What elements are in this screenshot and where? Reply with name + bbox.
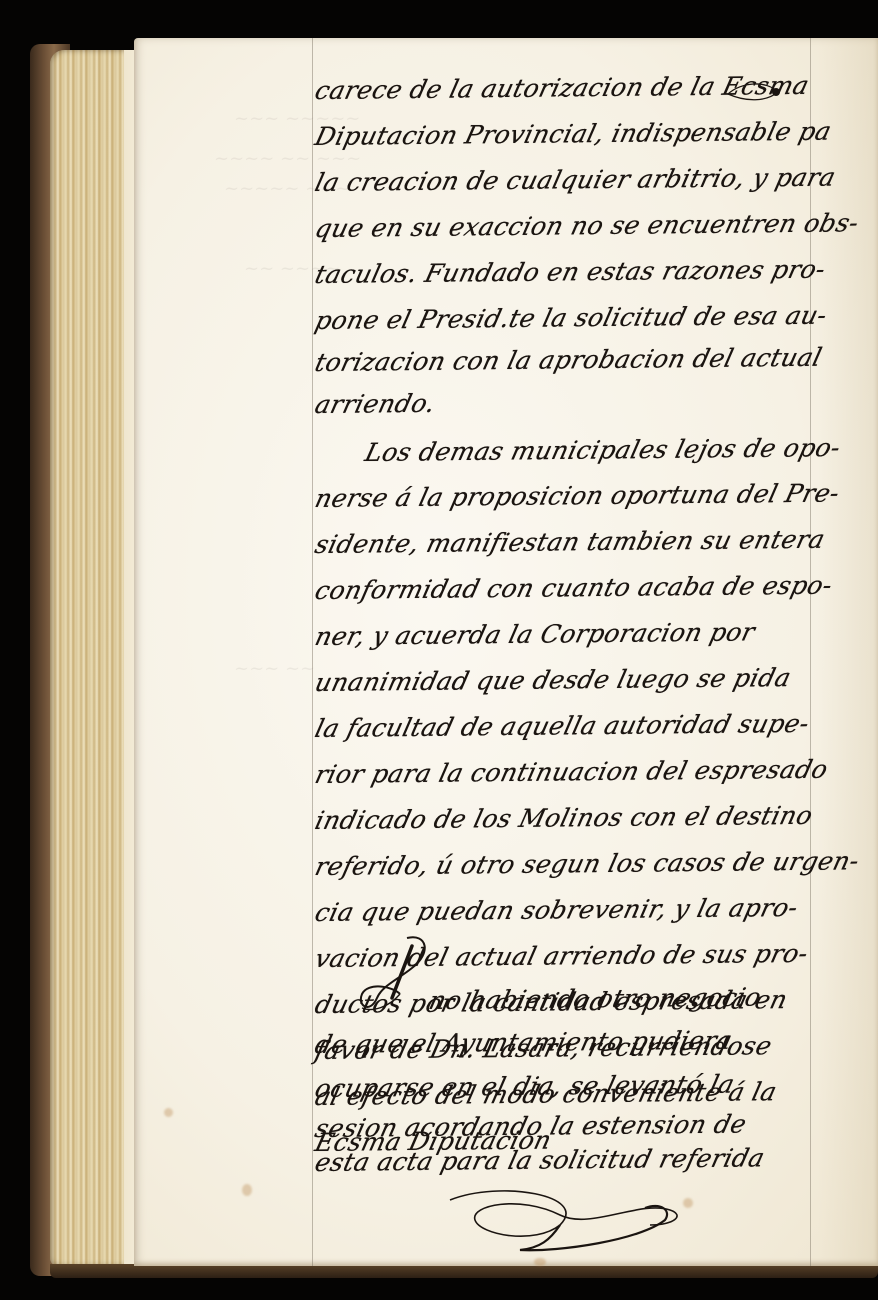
- manuscript-line: unanimidad que desde luego se pida: [312, 663, 840, 698]
- manuscript-line: pone el Presid.te la solicitud de esa au…: [312, 301, 840, 336]
- manuscript-line: que en su exaccion no se encuentren obs-: [312, 209, 840, 244]
- page-edges-stack: [50, 50, 138, 1266]
- manuscript-line: rior para la continuacion del espresado: [312, 755, 840, 790]
- manuscript-line: Ecsma Diputacion: [312, 1123, 840, 1158]
- rubric-flourish-icon: [440, 1180, 690, 1260]
- manuscript-scan: ~~~ ~~~~~ ~~~~ ~~ ~~~ ~~~~~ ~~~ ~~ ~~~~ …: [0, 0, 878, 1300]
- manuscript-line: sidente, manifiestan tambien su entera: [312, 525, 840, 560]
- manuscript-page: ~~~ ~~~~~ ~~~~ ~~ ~~~ ~~~~~ ~~~ ~~ ~~~~ …: [134, 38, 878, 1266]
- bleed-through-text: ~~~ ~~: [234, 658, 315, 679]
- manuscript-line: Diputacion Provincial, indispensable pa: [312, 117, 840, 152]
- manuscript-line: al efecto del modo conveniente á la: [312, 1077, 840, 1112]
- manuscript-line: torizacion con la aprobacion del actual: [312, 343, 840, 378]
- manuscript-line: cia que puedan sobrevenir, y la apro-: [312, 893, 840, 928]
- manuscript-line: indicado de los Molinos con el destino: [312, 801, 840, 836]
- decorative-drop-cap-y: [352, 928, 432, 1038]
- manuscript-line: ner, y acuerda la Corporacion por: [312, 617, 840, 652]
- manuscript-line: taculos. Fundado en estas razones pro-: [312, 255, 840, 290]
- paper-stain: [164, 1108, 173, 1117]
- manuscript-line: carece de la autorizacion de la Ecsma: [312, 71, 840, 106]
- manuscript-line: nerse á la proposicion oportuna del Pre-: [312, 479, 840, 514]
- book-binding-bottom: [50, 1264, 878, 1278]
- manuscript-line: arriendo.: [312, 385, 840, 420]
- manuscript-line: la creacion de cualquier arbitrio, y par…: [312, 163, 840, 198]
- manuscript-line: la facultad de aquella autoridad supe-: [312, 709, 840, 744]
- manuscript-line: referido, ú otro segun los casos de urge…: [312, 847, 840, 882]
- manuscript-line: conformidad con cuanto acaba de espo-: [312, 571, 840, 606]
- left-margin-rule: [312, 38, 313, 1266]
- manuscript-line: Los demas municipales lejos de opo-: [362, 433, 878, 468]
- paper-stain: [242, 1184, 252, 1196]
